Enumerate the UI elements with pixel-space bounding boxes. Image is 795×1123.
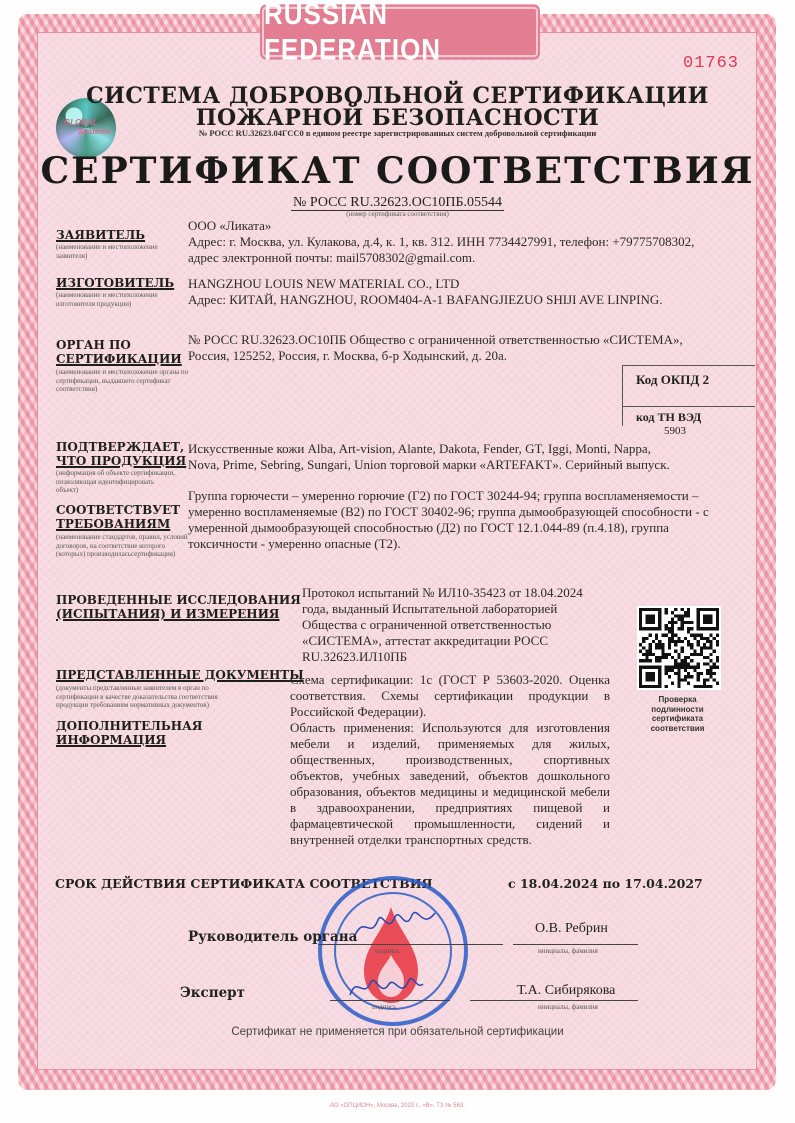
cert-body-label: ОРГАН ПО СЕРТИФИКАЦИИ bbox=[56, 338, 182, 366]
cert-body-label-line2: СЕРТИФИКАЦИИ bbox=[56, 352, 182, 366]
product-line1: Искусственные кожи Alba, Art-vision, Ala… bbox=[188, 441, 651, 457]
product-label-line2: ЧТО ПРОДУКЦИЯ bbox=[56, 454, 186, 468]
cert-body-line1: № РОСС RU.32623.ОС10ПБ Общество с ограни… bbox=[188, 332, 683, 348]
tests-line2: года, выданный Испытательной лабораторие… bbox=[302, 601, 557, 617]
applicant-address: Адрес: г. Москва, ул. Кулакова, д.4, к. … bbox=[188, 234, 694, 250]
manufacturer-label-text: ИЗГОТОВИТЕЛЬ bbox=[56, 276, 174, 290]
manufacturer-label: ИЗГОТОВИТЕЛЬ bbox=[56, 276, 174, 290]
printer-imprint: АО «ОПЦИОН», Москва, 2023 г., «В». ТЗ № … bbox=[0, 1103, 795, 1109]
head-name: О.В. Ребрин bbox=[535, 921, 608, 937]
cert-body-caption: (наименование и местоположение органа по… bbox=[56, 368, 206, 394]
applicant-name: ООО «Ликата» bbox=[188, 218, 271, 234]
head-name-caption: инициалы, фамилия bbox=[538, 947, 598, 955]
requirements-line1: Группа горючести – умеренно горючие (Г2)… bbox=[188, 488, 699, 504]
manufacturer-name: HANGZHOU LOUIS NEW MATERIAL CO., LTD bbox=[188, 276, 459, 292]
applicant-caption: (наименование и местоположение заявителя… bbox=[56, 243, 186, 260]
cert-body-label-line2-wrap: СЕРТИФИКАЦИИ bbox=[56, 352, 182, 366]
tests-label-line2: (ИСПЫТАНИЯ) И ИЗМЕРЕНИЯ bbox=[56, 607, 280, 621]
expert-name-line bbox=[470, 1000, 638, 1001]
country-banner: RUSSIAN FEDERATION bbox=[262, 7, 538, 58]
qr-caption: Проверка подлинности сертификата соответ… bbox=[630, 695, 725, 733]
okpd2-label: Код ОКПД 2 bbox=[636, 372, 709, 388]
disclaimer: Сертификат не применяется при обязательн… bbox=[0, 1026, 795, 1038]
additional-label: ДОПОЛНИТЕЛЬНАЯ ИНФОРМАЦИЯ bbox=[56, 719, 202, 747]
certificate-number-value: № РОСС RU.32623.ОС10ПБ.05544 bbox=[291, 195, 504, 211]
additional-label-line2-wrap: ИНФОРМАЦИЯ bbox=[56, 733, 202, 747]
qr-caption-line1: Проверка bbox=[630, 695, 725, 705]
product-caption: (информация об объекте сертификации, поз… bbox=[56, 469, 176, 495]
validity-value: с 18.04.2024 по 17.04.2027 bbox=[508, 876, 703, 891]
serial-number: 01763 bbox=[683, 54, 739, 73]
tests-line4: «СИСТЕМА», аттестат аккредитации РОСС bbox=[302, 633, 548, 649]
requirements-label: СООТВЕТСТВУЕТ ТРЕБОВАНИЯМ bbox=[56, 503, 180, 531]
expert-name: Т.А. Сибирякова bbox=[517, 983, 615, 999]
product-label-line2-wrap: ЧТО ПРОДУКЦИЯ bbox=[56, 454, 186, 468]
requirements-line4: токсичности - умеренно опасные (Т2). bbox=[188, 536, 401, 552]
cert-body-label-line1: ОРГАН ПО bbox=[56, 338, 182, 352]
cert-body-line2: Россия, 125252, Россия, г. Москва, б-р Х… bbox=[188, 348, 507, 364]
qr-caption-line4: соответствия bbox=[630, 724, 725, 734]
documents-label-text: ПРЕДСТАВЛЕННЫЕ ДОКУМЕНТЫ bbox=[56, 668, 304, 682]
qr-code-icon[interactable] bbox=[637, 606, 721, 690]
certificate-title: СЕРТИФИКАТ СООТВЕТСТВИЯ bbox=[0, 150, 795, 192]
tnved-value: 5903 bbox=[664, 425, 686, 437]
certificate-number-caption: (номер сертификата соответствия) bbox=[0, 210, 795, 218]
head-signature-icon bbox=[350, 905, 440, 945]
tests-line5: RU.32623.ИЛ10ПБ bbox=[302, 649, 407, 665]
tests-line3: Общества с ограниченной ответственностью bbox=[302, 617, 551, 633]
additional-label-line2: ИНФОРМАЦИЯ bbox=[56, 733, 166, 747]
expert-role: Эксперт bbox=[180, 985, 245, 1001]
product-line2: Nova, Prime, Sebring, Sungari, Union тор… bbox=[188, 457, 670, 473]
requirements-line3: умеренной дымообразующей способностью (Д… bbox=[188, 520, 669, 536]
registry-line: № РОСС RU.32623.04ГСС0 в едином реестре … bbox=[0, 128, 795, 138]
requirements-label-line2-wrap: ТРЕБОВАНИЯМ bbox=[56, 517, 180, 531]
certificate-number: № РОСС RU.32623.ОС10ПБ.05544 bbox=[0, 195, 795, 211]
manufacturer-address: Адрес: КИТАЙ, HANGZHOU, ROOM404-A-1 BAFA… bbox=[188, 292, 663, 308]
tests-label-line1: ПРОВЕДЕННЫЕ ИССЛЕДОВАНИЯ bbox=[56, 593, 301, 607]
head-sign-caption: подпись bbox=[375, 947, 399, 955]
qr-caption-line2: подлинности bbox=[630, 705, 725, 715]
expert-name-caption: инициалы, фамилия bbox=[538, 1003, 598, 1011]
applicant-email: адрес электронной почты: mail5708302@gma… bbox=[188, 250, 475, 266]
manufacturer-caption: (наименование и местоположение изготовит… bbox=[56, 291, 186, 308]
qr-caption-line3: сертификата bbox=[630, 714, 725, 724]
additional-text: Область применения: Используются для изг… bbox=[290, 720, 610, 848]
product-label-line1: ПОДТВЕРЖДАЕТ, bbox=[56, 440, 186, 454]
tests-label-line2-wrap: (ИСПЫТАНИЯ) И ИЗМЕРЕНИЯ bbox=[56, 607, 301, 621]
product-label: ПОДТВЕРЖДАЕТ, ЧТО ПРОДУКЦИЯ bbox=[56, 440, 186, 468]
head-role: Руководитель органа bbox=[188, 929, 357, 945]
requirements-label-line2: ТРЕБОВАНИЯМ bbox=[56, 517, 170, 531]
documents-text: Схема сертификации: 1с (ГОСТ Р 53603-202… bbox=[290, 672, 610, 720]
tnved-label: код ТН ВЭД bbox=[636, 410, 701, 425]
applicant-label-text: ЗАЯВИТЕЛЬ bbox=[56, 228, 145, 242]
expert-signature-icon bbox=[345, 970, 425, 1005]
tests-label: ПРОВЕДЕННЫЕ ИССЛЕДОВАНИЯ (ИСПЫТАНИЯ) И И… bbox=[56, 593, 301, 621]
applicant-label: ЗАЯВИТЕЛЬ bbox=[56, 228, 145, 242]
requirements-line2: умеренно воспламеняемые (В2) по ГОСТ 304… bbox=[188, 504, 709, 520]
documents-caption: (документы представленные заявителем в о… bbox=[56, 684, 236, 710]
additional-label-line1: ДОПОЛНИТЕЛЬНАЯ bbox=[56, 719, 202, 733]
documents-label: ПРЕДСТАВЛЕННЫЕ ДОКУМЕНТЫ bbox=[56, 668, 304, 682]
requirements-caption: (наименование стандартов, правил, услови… bbox=[56, 533, 191, 559]
tests-line1: Протокол испытаний № ИЛ10-35423 от 18.04… bbox=[302, 585, 583, 601]
system-title-line2: ПОЖАРНОЙ БЕЗОПАСНОСТИ bbox=[0, 106, 795, 130]
requirements-label-line1: СООТВЕТСТВУЕТ bbox=[56, 503, 180, 517]
head-name-line bbox=[513, 944, 638, 945]
